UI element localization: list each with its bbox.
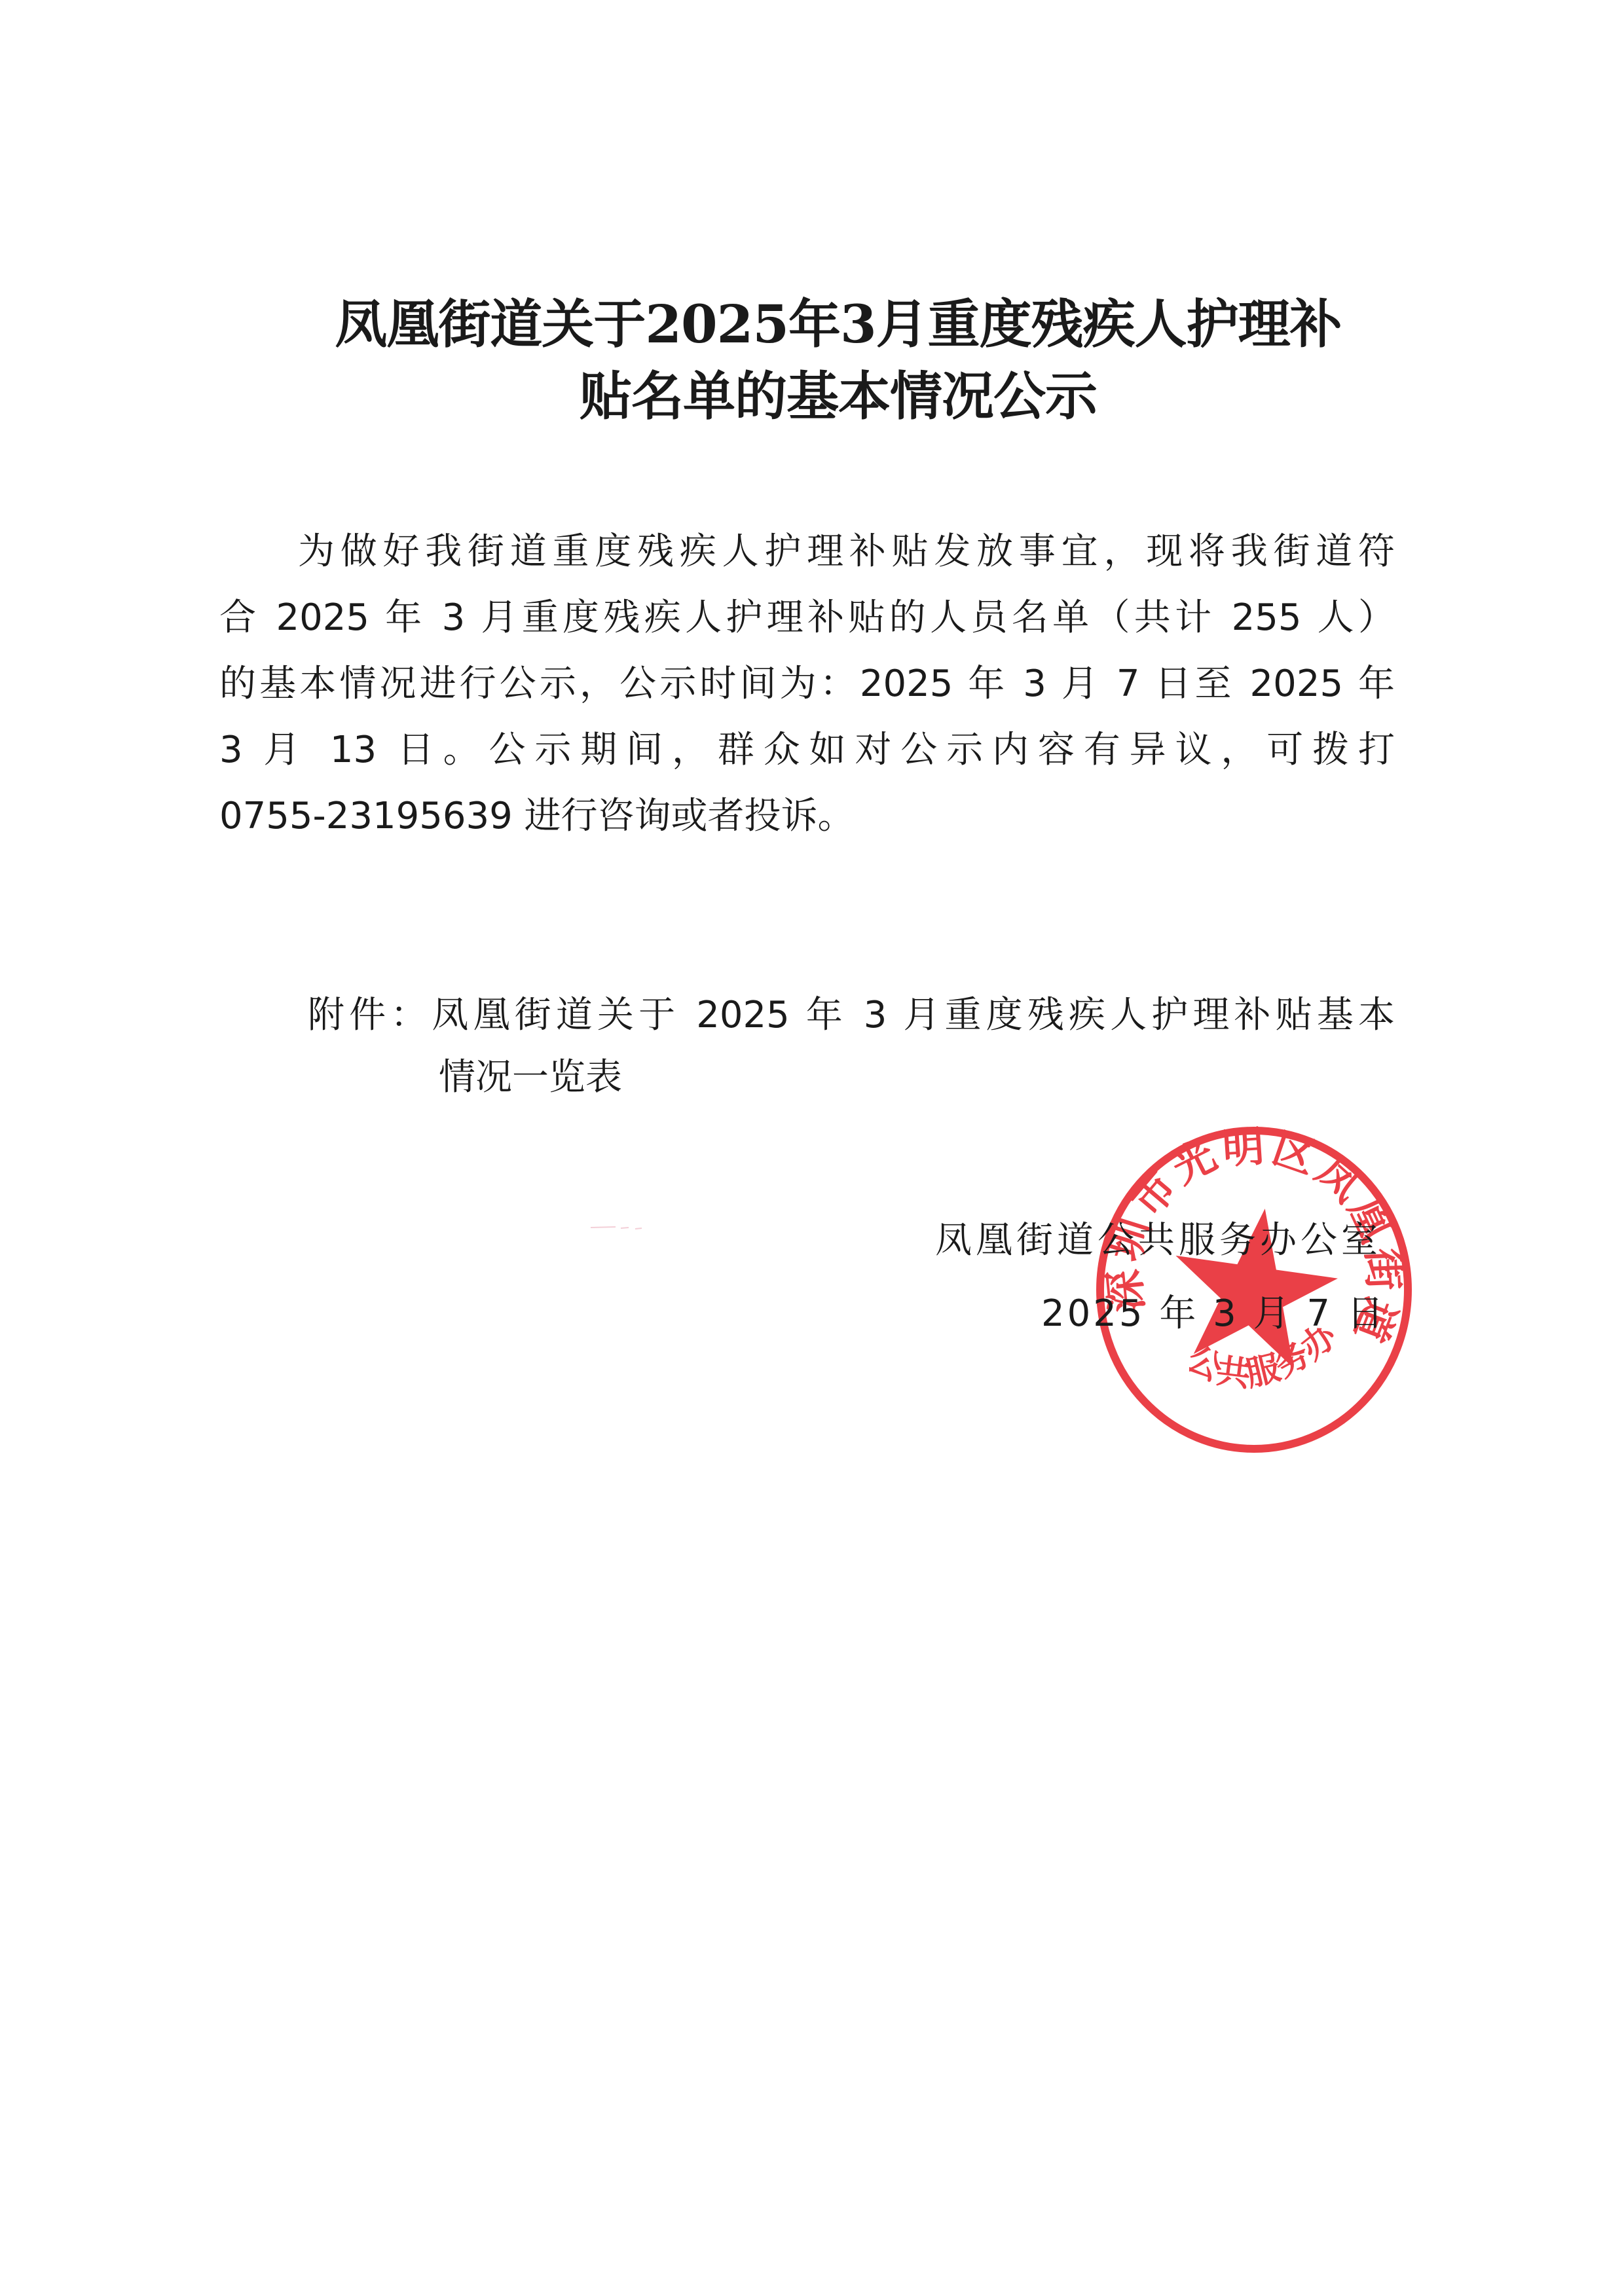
title-line-1: 凤凰街道关于2025年3月重度残疾人护理补 <box>249 288 1428 360</box>
signature-organization: 凤凰街道公共服务办公室 <box>935 1211 1382 1264</box>
paragraph-line-2: 合 2025 年 3 月重度残疾人护理补贴的人员名单（共计 255 人） <box>219 585 1395 651</box>
document-page: 凤凰街道关于2025年3月重度残疾人护理补 贴名单的基本情况公示 为做好我街道重… <box>0 0 1624 2296</box>
signature-date: 2025 年 3 月 7 日 <box>1041 1285 1386 1337</box>
document-title: 凤凰街道关于2025年3月重度残疾人护理补 贴名单的基本情况公示 <box>249 288 1428 432</box>
paragraph-line-1: 为做好我街道重度残疾人护理补贴发放事宜，现将我街道符 <box>219 519 1395 585</box>
attachment-line-2: 情况一览表 <box>219 1044 1395 1106</box>
paragraph-line-3: 的基本情况进行公示，公示时间为：2025 年 3 月 7 日至 2025 年 <box>219 651 1395 717</box>
notice-paragraph: 为做好我街道重度残疾人护理补贴发放事宜，现将我街道符 合 2025 年 3 月重… <box>219 519 1395 849</box>
scan-artifact <box>589 1224 661 1231</box>
title-line-2: 贴名单的基本情况公示 <box>249 360 1428 432</box>
attachment-note: 附件：凤凰街道关于 2025 年 3 月重度残疾人护理补贴基本 情况一览表 <box>219 982 1395 1106</box>
paragraph-line-4: 3 月 13 日。公示期间，群众如对公示内容有异议，可拨打 <box>219 717 1395 783</box>
attachment-line-1: 附件：凤凰街道关于 2025 年 3 月重度残疾人护理补贴基本 <box>219 982 1395 1044</box>
paragraph-line-5: 0755-23195639 进行咨询或者投诉。 <box>219 783 1395 849</box>
